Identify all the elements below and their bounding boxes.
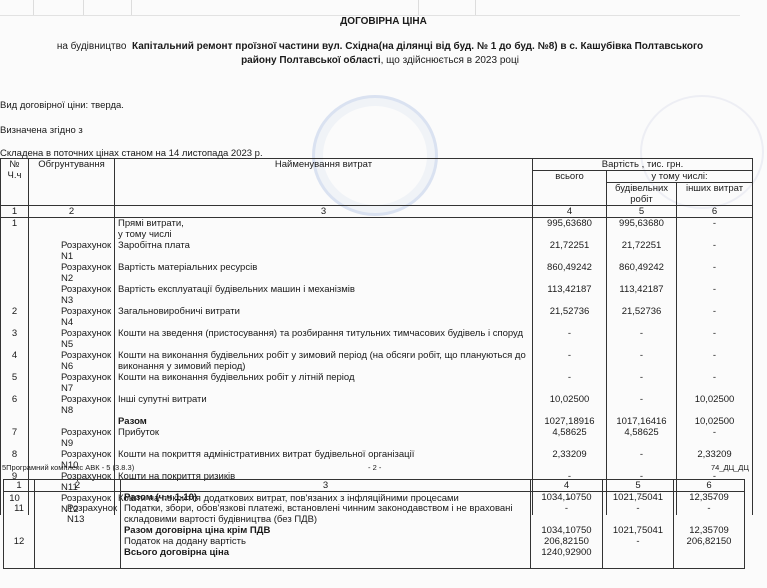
document-title: ДОГОВІРНА ЦІНА bbox=[0, 16, 767, 27]
row-number bbox=[1, 416, 29, 427]
row-name: Вартість матеріальних ресурсів bbox=[115, 262, 533, 284]
row-total: 1034,10750 bbox=[531, 525, 603, 536]
row-number bbox=[4, 492, 35, 504]
col-number: 6 bbox=[677, 206, 753, 218]
row-name: Кошти на зведення (пристосування) та роз… bbox=[115, 328, 533, 350]
col-number: 3 bbox=[121, 480, 531, 492]
row-name: Податок на додану вартість bbox=[121, 536, 531, 547]
row-total: - bbox=[531, 503, 603, 525]
row-number bbox=[1, 229, 29, 240]
col-number: 3 bbox=[115, 206, 533, 218]
row-construction: 860,49242 bbox=[607, 262, 677, 284]
row-construction: 4,58625 bbox=[607, 427, 677, 449]
row-name: Кошти на виконання будівельних робіт у з… bbox=[115, 350, 533, 372]
row-construction: 995,63680 bbox=[607, 218, 677, 230]
row-total: - bbox=[533, 350, 607, 372]
row-construction: 21,72251 bbox=[607, 240, 677, 262]
row-number: 5 bbox=[1, 372, 29, 394]
row-other: - bbox=[677, 350, 753, 372]
row-construction: - bbox=[607, 449, 677, 471]
row-total bbox=[533, 229, 607, 240]
row-name: Вартість експлуатації будівельних машин … bbox=[115, 284, 533, 306]
col-number: 1 bbox=[4, 480, 35, 492]
row-number: 6 bbox=[1, 394, 29, 416]
header-total: всього bbox=[533, 171, 607, 206]
row-number bbox=[1, 240, 29, 262]
row-construction: - bbox=[607, 394, 677, 416]
row-number bbox=[1, 262, 29, 284]
row-construction: - bbox=[603, 536, 674, 547]
subtitle-suffix: , що здійснюється в 2023 році bbox=[381, 55, 519, 66]
spacer-cell bbox=[603, 558, 674, 568]
footer-software: 5Програмний комплекс АВК - 5 (3.8.3) bbox=[2, 463, 134, 472]
row-justification: Розрахунок N13 bbox=[35, 503, 121, 525]
row-total: 2,33209 bbox=[533, 449, 607, 471]
row-other: - bbox=[677, 328, 753, 350]
table-row: Разом1027,189161017,1641610,02500 bbox=[1, 416, 753, 427]
row-construction: - bbox=[607, 372, 677, 394]
row-justification bbox=[29, 218, 115, 230]
col-number: 1 bbox=[1, 206, 29, 218]
table-row: Розрахунок N2Вартість матеріальних ресур… bbox=[1, 262, 753, 284]
table-row: Разом (ч.ч 1-10)1034,107501021,7504112,3… bbox=[4, 492, 745, 504]
row-number bbox=[4, 547, 35, 558]
row-total: 4,58625 bbox=[533, 427, 607, 449]
table-bottom-spacer bbox=[4, 558, 745, 568]
header-other: інших витрат bbox=[677, 183, 753, 206]
row-number: 7 bbox=[1, 427, 29, 449]
project-region: району Полтавської області bbox=[241, 55, 381, 66]
table-row: 12Податок на додану вартість206,82150-20… bbox=[4, 536, 745, 547]
row-other: 206,82150 bbox=[674, 536, 745, 547]
table-row: Розрахунок N3Вартість експлуатації будів… bbox=[1, 284, 753, 306]
row-total: 1240,92900 bbox=[531, 547, 603, 558]
row-justification bbox=[35, 547, 121, 558]
row-number bbox=[1, 284, 29, 306]
spacer-cell bbox=[4, 558, 35, 568]
row-name: Кошти на покриття адміністративних витра… bbox=[115, 449, 533, 471]
spacer-cell bbox=[121, 558, 531, 568]
row-other: - bbox=[677, 284, 753, 306]
row-name: Кошти на виконання будівельних робіт у л… bbox=[115, 372, 533, 394]
row-number: 12 bbox=[4, 536, 35, 547]
row-other: 10,02500 bbox=[677, 416, 753, 427]
row-total: 21,72251 bbox=[533, 240, 607, 262]
table-row: 6Розрахунок N8Інші супутні витрати10,025… bbox=[1, 394, 753, 416]
row-justification: Розрахунок N2 bbox=[29, 262, 115, 284]
document-subtitle: на будівництво Капітальний ремонт проїзн… bbox=[30, 40, 730, 68]
row-total: 860,49242 bbox=[533, 262, 607, 284]
row-number: 1 bbox=[1, 218, 29, 230]
row-total: 1027,18916 bbox=[533, 416, 607, 427]
col-number: 4 bbox=[533, 206, 607, 218]
table-row: 5Розрахунок N7Кошти на виконання будівел… bbox=[1, 372, 753, 394]
col-number: 4 bbox=[531, 480, 603, 492]
footer-code: 74_ДЦ_ДЦ bbox=[711, 463, 749, 472]
table-row: 3Розрахунок N5Кошти на зведення (пристос… bbox=[1, 328, 753, 350]
row-name: Всього договірна ціна bbox=[121, 547, 531, 558]
row-justification: Розрахунок N1 bbox=[29, 240, 115, 262]
row-justification bbox=[29, 416, 115, 427]
header-cost: Вартість , тис. грн. bbox=[533, 159, 753, 171]
header-name: Найменування витрат bbox=[115, 159, 533, 206]
col-number: 6 bbox=[674, 480, 745, 492]
row-name: Разом (ч.ч 1-10) bbox=[121, 492, 531, 504]
row-justification: Розрахунок N3 bbox=[29, 284, 115, 306]
row-justification bbox=[35, 525, 121, 536]
row-justification: Розрахунок N9 bbox=[29, 427, 115, 449]
row-total: - bbox=[533, 372, 607, 394]
table-row: Разом договірна ціна крім ПДВ1034,107501… bbox=[4, 525, 745, 536]
subtitle-prefix: на будівництво bbox=[57, 41, 127, 52]
row-construction: - bbox=[607, 350, 677, 372]
row-justification: Розрахунок N4 bbox=[29, 306, 115, 328]
spacer-cell bbox=[35, 558, 121, 568]
table-row: 1Прямі витрати,995,63680995,63680- bbox=[1, 218, 753, 230]
row-name: Інші супутні витрати bbox=[115, 394, 533, 416]
spacer-cell bbox=[674, 558, 745, 568]
row-justification: Розрахунок N5 bbox=[29, 328, 115, 350]
row-number bbox=[4, 525, 35, 536]
row-name: Заробітна плата bbox=[115, 240, 533, 262]
row-number: 11 bbox=[4, 503, 35, 525]
determined-by: Визначена згідно з bbox=[0, 125, 83, 136]
row-other bbox=[674, 547, 745, 558]
row-name: Разом договірна ціна крім ПДВ bbox=[121, 525, 531, 536]
row-construction: 1017,16416 bbox=[607, 416, 677, 427]
row-other: - bbox=[677, 306, 753, 328]
row-total: 206,82150 bbox=[531, 536, 603, 547]
header-justification: Обгрунтування bbox=[29, 159, 115, 206]
row-construction bbox=[603, 547, 674, 558]
row-other: - bbox=[674, 503, 745, 525]
row-number: 4 bbox=[1, 350, 29, 372]
row-construction: - bbox=[603, 503, 674, 525]
price-table-page1: № Ч.ч Обгрунтування Найменування витрат … bbox=[0, 158, 753, 515]
header-no: № Ч.ч bbox=[1, 159, 29, 206]
row-total: 1034,10750 bbox=[531, 492, 603, 504]
row-number: 2 bbox=[1, 306, 29, 328]
table-row: 7Розрахунок N9Прибуток4,586254,58625- bbox=[1, 427, 753, 449]
table-row: 4Розрахунок N6Кошти на виконання будівел… bbox=[1, 350, 753, 372]
row-total: 21,52736 bbox=[533, 306, 607, 328]
row-other: - bbox=[677, 262, 753, 284]
row-other: - bbox=[677, 218, 753, 230]
price-table-page2: 1 2 3 4 5 6 Разом (ч.ч 1-10)1034,1075010… bbox=[3, 479, 745, 569]
row-justification: Розрахунок N8 bbox=[29, 394, 115, 416]
row-number: 3 bbox=[1, 328, 29, 350]
table-row: Розрахунок N1Заробітна плата21,7225121,7… bbox=[1, 240, 753, 262]
row-name: Прямі витрати, bbox=[115, 218, 533, 230]
footer-page-number: - 2 - bbox=[368, 463, 381, 472]
row-other: 12,35709 bbox=[674, 492, 745, 504]
header-including: у тому числі: bbox=[607, 171, 753, 183]
row-other: - bbox=[677, 240, 753, 262]
header-construction: будівельних робіт bbox=[607, 183, 677, 206]
row-total: 995,63680 bbox=[533, 218, 607, 230]
row-other: 10,02500 bbox=[677, 394, 753, 416]
row-construction: 21,52736 bbox=[607, 306, 677, 328]
row-other: 12,35709 bbox=[674, 525, 745, 536]
table-row: у тому числі bbox=[1, 229, 753, 240]
row-justification bbox=[35, 492, 121, 504]
row-construction bbox=[607, 229, 677, 240]
row-justification bbox=[29, 229, 115, 240]
row-name: Податки, збори, обов'язкові платежі, вст… bbox=[121, 503, 531, 525]
row-total: - bbox=[533, 328, 607, 350]
row-construction: 113,42187 bbox=[607, 284, 677, 306]
row-total: 10,02500 bbox=[533, 394, 607, 416]
row-total: 113,42187 bbox=[533, 284, 607, 306]
row-name: Прибуток bbox=[115, 427, 533, 449]
table-row: Всього договірна ціна1240,92900 bbox=[4, 547, 745, 558]
col-number: 2 bbox=[29, 206, 115, 218]
row-construction: 1021,75041 bbox=[603, 492, 674, 504]
row-other bbox=[677, 229, 753, 240]
col-number: 2 bbox=[35, 480, 121, 492]
row-justification bbox=[35, 536, 121, 547]
table-row: 2Розрахунок N4Загальновиробничі витрати2… bbox=[1, 306, 753, 328]
row-name: Разом bbox=[115, 416, 533, 427]
row-justification: Розрахунок N7 bbox=[29, 372, 115, 394]
project-name: Капітальний ремонт проїзної частини вул.… bbox=[132, 41, 703, 52]
col-number: 5 bbox=[603, 480, 674, 492]
table-row: 11Розрахунок N13Податки, збори, обов'язк… bbox=[4, 503, 745, 525]
row-name: у тому числі bbox=[115, 229, 533, 240]
row-construction: - bbox=[607, 328, 677, 350]
row-name: Загальновиробничі витрати bbox=[115, 306, 533, 328]
row-construction: 1021,75041 bbox=[603, 525, 674, 536]
col-number: 5 bbox=[607, 206, 677, 218]
price-type: Вид договірної ціни: тверда. bbox=[0, 100, 124, 111]
row-other: - bbox=[677, 372, 753, 394]
row-justification: Розрахунок N6 bbox=[29, 350, 115, 372]
spacer-cell bbox=[531, 558, 603, 568]
row-other: - bbox=[677, 427, 753, 449]
